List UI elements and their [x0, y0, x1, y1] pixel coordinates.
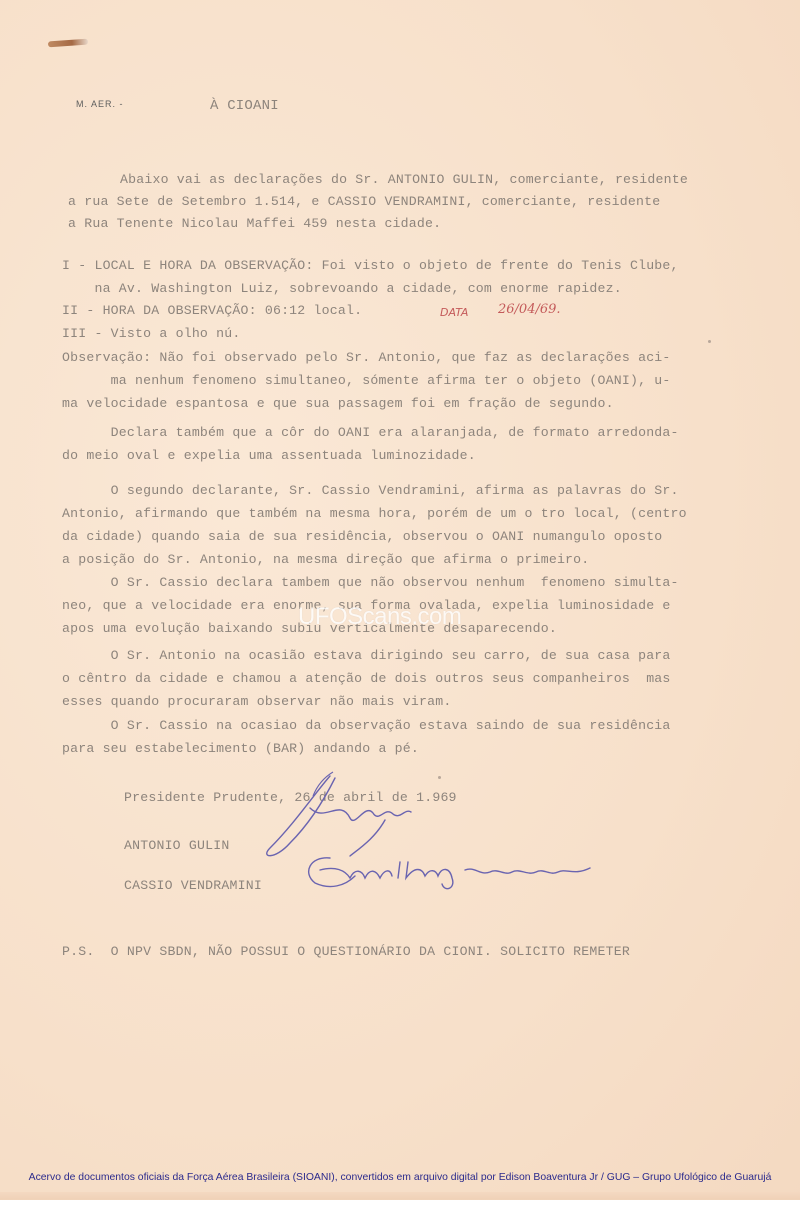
- addressee: À CIOANI: [210, 98, 279, 114]
- observation-line-1: Observação: Não foi observado pelo Sr. A…: [62, 350, 671, 365]
- page-bottom-margin: [0, 1200, 800, 1220]
- ministry-header: M. AER. -: [76, 99, 124, 109]
- handwritten-date-value: 26/04/69.: [498, 302, 561, 317]
- signature-cassio-vendramini: [300, 848, 610, 898]
- paragraph-cassio-bar-line-2: para seu estabelecimento (BAR) andando a…: [62, 741, 419, 756]
- observation-line-3: ma velocidade espantosa e que sua passag…: [62, 396, 614, 411]
- signatory-cassio: CASSIO VENDRAMINI: [124, 878, 262, 893]
- paragraph-antonio-line-1: O Sr. Antonio na ocasião estava dirigind…: [62, 648, 671, 663]
- paragraph-color-line-2: do meio oval e expelia uma assentuada lu…: [62, 448, 476, 463]
- watermark: UFOScans.com: [298, 603, 461, 631]
- paragraph-second-line-3: da cidade) quando saia de sua residência…: [62, 529, 662, 544]
- archive-credit-footer: Acervo de documentos oficiais da Força A…: [0, 1172, 800, 1183]
- postscript: P.S. O NPV SBDN, NÃO POSSUI O QUESTIONÁR…: [62, 944, 630, 959]
- section-i-line-1: I - LOCAL E HORA DA OBSERVAÇÃO: Foi vist…: [62, 258, 679, 273]
- paper-speck: [438, 776, 441, 779]
- section-iii: III - Visto a olho nú.: [62, 326, 241, 341]
- paragraph-second-line-4: a posição do Sr. Antonio, na mesma direç…: [62, 552, 589, 567]
- section-ii: II - HORA DA OBSERVAÇÃO: 06:12 local.: [62, 303, 362, 318]
- intro-line-3: a Rua Tenente Nicolau Maffei 459 nesta c…: [68, 216, 441, 231]
- intro-line-1: Abaixo vai as declarações do Sr. ANTONIO…: [120, 172, 688, 187]
- paragraph-color-line-1: Declara também que a côr do OANI era ala…: [62, 425, 679, 440]
- paragraph-cassio-line-1: O Sr. Cassio declara tambem que não obse…: [62, 575, 679, 590]
- observation-line-2: ma nenhum fenomeno simultaneo, sómente a…: [62, 373, 671, 388]
- intro-line-2: a rua Sete de Setembro 1.514, e CASSIO V…: [68, 194, 660, 209]
- signatory-antonio: ANTONIO GULIN: [124, 838, 229, 853]
- paragraph-antonio-line-3: esses quando procuraram observar não mai…: [62, 694, 451, 709]
- paragraph-second-line-1: O segundo declarante, Sr. Cassio Vendram…: [62, 483, 679, 498]
- paper-speck: [708, 340, 711, 343]
- paragraph-antonio-line-2: o cêntro da cidade e chamou a atenção de…: [62, 671, 671, 686]
- paragraph-cassio-bar-line-1: O Sr. Cassio na ocasiao da observação es…: [62, 718, 671, 733]
- section-i-line-2: na Av. Washington Luiz, sobrevoando a ci…: [62, 281, 622, 296]
- paragraph-second-line-2: Antonio, afirmando que também na mesma h…: [62, 506, 687, 521]
- paper-stain: [48, 39, 88, 48]
- handwritten-date-label: DATA: [440, 306, 468, 319]
